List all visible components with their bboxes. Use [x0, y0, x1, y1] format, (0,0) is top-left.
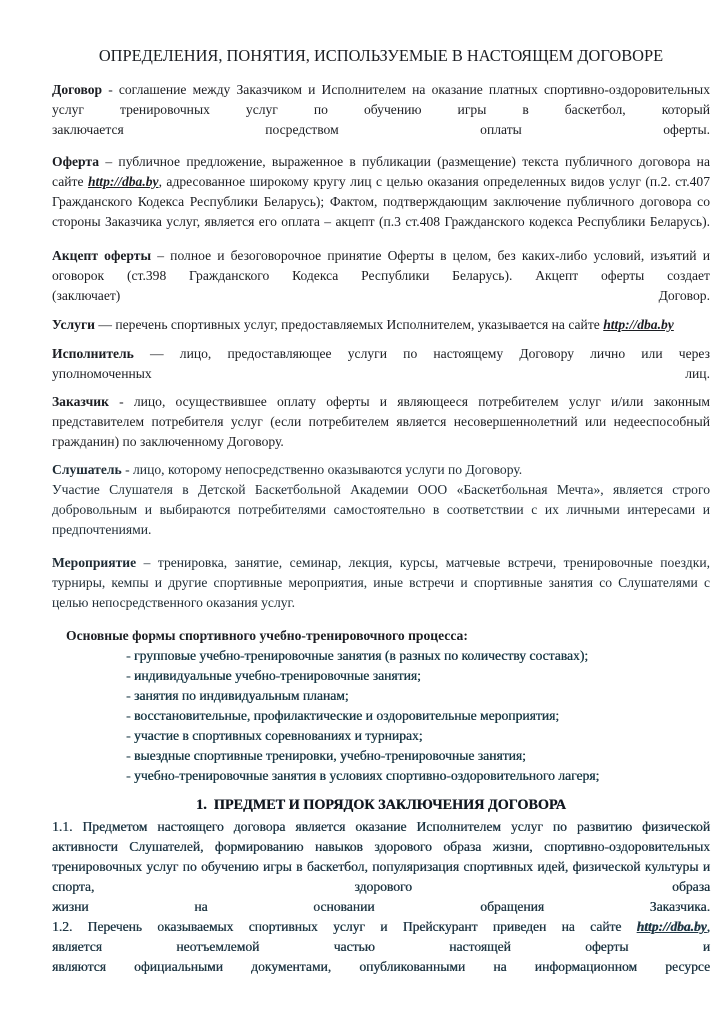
definition-ispolnitel-text: — лицо, предоставляющее услуги по настоя… — [134, 346, 710, 361]
definition-oferta: Оферта – публичное предложение, выраженн… — [52, 152, 710, 232]
term-slushatel: Слушатель — [52, 462, 122, 477]
definition-slushatel-text: Участие Слушателя в Детской Баскетбольно… — [52, 480, 710, 540]
list-item: - учебно-тренировочные занятия в условия… — [52, 766, 710, 786]
definition-meropriyatie-text: – тренировка, занятие, семинар, лекция, … — [52, 555, 710, 610]
list-item: - выездные спортивные тренировки, учебно… — [52, 746, 710, 766]
contract-document-page: ОПРЕДЕЛЕНИЯ, ПОНЯТИЯ, ИСПОЛЬЗУЕМЫЕ В НАС… — [0, 0, 724, 1024]
clause-1-2-line2: является неотъемлемой частью настоящей о… — [52, 937, 710, 957]
term-akcept: Акцепт оферты — [52, 248, 151, 263]
clause-1-1-text: 1.1. Предметом настоящего договора являе… — [52, 817, 710, 897]
term-meropriyatie: Мероприятие — [52, 555, 136, 570]
clause-1-2-line3: являются официальными документами, опубл… — [52, 957, 710, 977]
definition-slushatel: Слушатель - лицо, которому непосредствен… — [52, 460, 710, 540]
training-forms-block: Основные формы спортивного учебно-тренир… — [52, 626, 710, 786]
definition-zakazchik: Заказчик - лицо, осуществившее оплату оф… — [52, 392, 710, 452]
definition-meropriyatie: Мероприятие – тренировка, занятие, семин… — [52, 553, 710, 613]
definition-uslugi-text: — перечень спортивных услуг, предоставля… — [95, 317, 603, 332]
list-item: - групповые учебно-тренировочные занятия… — [52, 646, 710, 666]
definition-slushatel-line1: - лицо, которому непосредственно оказыва… — [122, 462, 522, 477]
dba-site-link[interactable]: http://dba.by — [637, 919, 707, 934]
definition-ispolnitel-lastline: уполномоченных лиц. — [52, 364, 710, 384]
term-dogovor: Договор — [52, 82, 102, 97]
dba-site-link[interactable]: http://dba.by — [603, 317, 674, 332]
list-item: - восстановительные, профилактические и … — [52, 706, 710, 726]
document-title: ОПРЕДЕЛЕНИЯ, ПОНЯТИЯ, ИСПОЛЬЗУЕМЫЕ В НАС… — [52, 44, 710, 68]
clause-1-2-text-2: , — [707, 919, 710, 934]
definition-zakazchik-text: - лицо, осуществившее оплату оферты и яв… — [52, 394, 710, 449]
definition-ispolnitel: Исполнитель — лицо, предоставляющее услу… — [52, 344, 710, 384]
term-ispolnitel: Исполнитель — [52, 346, 134, 361]
definition-akcept: Акцепт оферты – полное и безоговорочное … — [52, 246, 710, 306]
list-item: - индивидуальные учебно-тренировочные за… — [52, 666, 710, 686]
definition-akcept-text: – полное и безоговорочное принятие Оферт… — [52, 248, 710, 283]
definition-dogovor: Договор - соглашение между Заказчиком и … — [52, 80, 710, 140]
list-item: - занятия по индивидуальным планам; — [52, 686, 710, 706]
dba-site-link[interactable]: http://dba.by — [88, 174, 159, 189]
training-forms-heading: Основные формы спортивного учебно-тренир… — [52, 626, 710, 646]
section-1-heading: 1. ПРЕДМЕТ И ПОРЯДОК ЗАКЛЮЧЕНИЯ ДОГОВОРА — [52, 795, 710, 815]
list-item: - участие в спортивных соревнованиях и т… — [52, 726, 710, 746]
definition-dogovor-text: - соглашение между Заказчиком и Исполнит… — [52, 82, 710, 117]
term-uslugi: Услуги — [52, 317, 95, 332]
clause-1-2-text-1: 1.2. Перечень оказываемых спортивных усл… — [52, 919, 637, 934]
term-zakazchik: Заказчик — [52, 394, 109, 409]
clause-1-1: 1.1. Предметом настоящего договора являе… — [52, 817, 710, 917]
definition-uslugi: Услуги — перечень спортивных услуг, пред… — [52, 315, 710, 335]
term-oferta: Оферта — [52, 154, 99, 169]
definition-dogovor-lastline: заключается посредством оплаты оферты. — [52, 120, 710, 140]
clause-1-1-lastline: жизни на основании обращения Заказчика. — [52, 897, 710, 917]
definition-akcept-lastline: (заключает) Договор. — [52, 286, 710, 306]
clause-1-2: 1.2. Перечень оказываемых спортивных усл… — [52, 917, 710, 977]
